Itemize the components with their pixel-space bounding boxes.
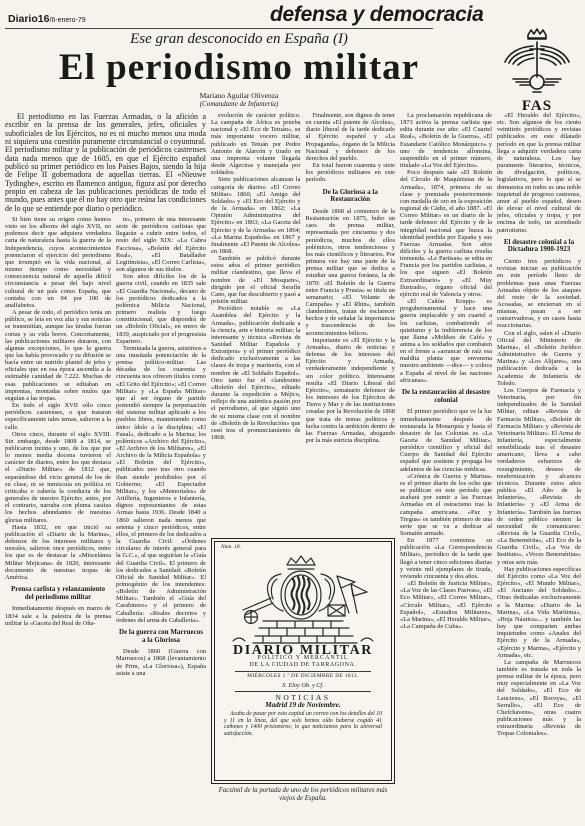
column-paragraph: Terminada la guerra, asistimos a una inu… [116, 345, 206, 624]
section-title: defensa y democracia [270, 3, 483, 27]
column-group-center: evolución de carácter político. La campa… [211, 112, 395, 826]
column-6: «El Heraldo del Ejército», etc. Son algu… [497, 112, 581, 826]
kicker: Ese gran desconocido en España (I) [18, 31, 460, 48]
facsimile-saint-line: S. Eloy Ob. y Cf. [219, 682, 387, 689]
column-paragraph: La campaña de Marruecos también es trata… [497, 659, 581, 738]
column-paragraph: También se publicó durante estos años el… [211, 255, 301, 305]
column-paragraph: Los Cuerpos de Farmacia y Veterinaria, p… [497, 387, 581, 566]
column-paragraph: «El Cañón Krupp» es progubernamental y h… [400, 298, 492, 384]
column-paragraph: Finalmente, son dignos de tener en cuent… [306, 112, 396, 162]
column-paragraph: La proclamación republicana de 1873 acti… [400, 112, 492, 169]
byline: Mariano Aguilar Olivenza (Comandante de … [18, 91, 460, 110]
column-paragraph: Ciento tres periódicos y revistas inicia… [497, 258, 581, 330]
column-paragraph: Desde 1860 (Guerra con Marruecos) a 1868… [116, 648, 206, 677]
column-paragraph: Son años difíciles los de la guerra civi… [116, 273, 206, 345]
column-subheading: El desastre colonial a la Dictadura 1900… [498, 239, 580, 254]
column-paragraph: «El Heraldo del Ejército», etc. Son algu… [497, 112, 581, 234]
column-paragraph: Si bien tiene su origen como hemos visto… [5, 216, 111, 309]
column-paragraph: En total fueron cuarenta y siete los per… [306, 162, 396, 183]
facsimile-issue-number: Núm. 18. [221, 544, 241, 551]
column-paragraph: Con el siglo, salen el «Diario Oficial d… [497, 330, 581, 387]
column-paragraph: «Crónica de Guerra y Marina» es el prime… [400, 473, 492, 537]
column-paragraph: En 1877 comienza su publicación «La Corr… [400, 537, 492, 580]
column-4: Finalmente, son dignos de tener en cuent… [306, 112, 396, 536]
facsimile-city-line: DE LA CIUDAD DE TARRAGONA. [219, 662, 387, 669]
issue-date: /6-enero-79 [49, 17, 85, 24]
column-paragraph: Hay publicaciones específicas del Ejérci… [497, 566, 581, 659]
facsimile-dateline: MIÉRCOLES 1.º DE DICIEMBRE DE 1813. [219, 673, 387, 680]
facsimile-section-header: NOTICIAS [219, 694, 387, 701]
column-paragraph: El primer periódico que ve la luz inmedi… [400, 408, 492, 472]
headline: El periodismo militar [18, 49, 460, 87]
lead-paragraph: El periodismo en las Fuerzas Armadas, o … [5, 113, 206, 213]
column-paragraph: Periódico notable es «La Asamblea del Ej… [211, 305, 301, 441]
column-paragraph: Hasta 1832, en que inició su publicación… [5, 524, 111, 581]
column-paragraph: Inmediatamente después en marzo de 1834 … [5, 605, 111, 626]
author-name: Mariano Aguilar Olivenza [18, 91, 460, 101]
title-block: Ese gran desconocido en España (I) El pe… [18, 31, 460, 110]
column-subheading: De la Gloriosa a la Restauración [307, 189, 395, 204]
column-1: Si bien tiene su origen como hemos visto… [5, 216, 111, 826]
column-paragraph: Siete publicaciones alcanzan la categorí… [211, 176, 301, 255]
column-5: La proclamación republicana de 1873 acti… [400, 112, 492, 826]
column-2: te», primero de una interesante serie de… [116, 216, 206, 826]
armed-forces-eagle-icon [496, 24, 578, 98]
facsimile-rule [235, 691, 371, 692]
column-paragraph: A pesar de todo, el periódico tenía un p… [5, 309, 111, 402]
facsimile-title: DIARIO MILITAR [219, 647, 387, 654]
author-role: (Comandante de Infantería) [18, 100, 460, 109]
column-subheading: De la restauración al desastre colonial [401, 389, 491, 404]
facsimile-news-text: Acaba de pasar por esta capital un corre… [224, 711, 382, 737]
column-paragraph: evolución de carácter político. La campa… [211, 112, 301, 176]
fas-emblem: FAS [494, 24, 580, 115]
masthead: Diario16/6-enero-79 [8, 9, 86, 27]
column-subheading: Prensa carlista y relanzamiento del peri… [6, 586, 110, 601]
column-paragraph: En todo el siglo XVII sólo cinco periódi… [5, 402, 111, 431]
brand-name: Diario16 [8, 13, 49, 25]
facsimile-place-date: Madrid 19 de Noviembre. [219, 702, 387, 709]
facsimile-front-page: Núm. 18. [211, 538, 395, 784]
column-paragraph: Importante es «El Ejército y la Armada»,… [306, 337, 396, 444]
column-paragraph: «El Boletín de Justicia Militar», «La Vo… [400, 580, 492, 630]
column-paragraph: Desde 1868 al comienzo de la Restauració… [306, 208, 396, 337]
tarragona-coat-of-arms-icon [225, 549, 381, 645]
column-paragraph: Otros cinco, durante el siglo XVIII. Sin… [5, 431, 111, 524]
facsimile-caption: Facsímil de la portada de uno de los per… [211, 787, 395, 802]
column-subheading: De la guerra con Marruecos a la Gloriosa [117, 629, 205, 644]
column-group-left: El periodismo en las Fuerzas Armadas, o … [5, 112, 206, 826]
column-3: evolución de carácter político. La campa… [211, 112, 301, 536]
header-rule [5, 28, 433, 29]
column-paragraph: te», primero de una interesante serie de… [116, 216, 206, 273]
column-paragraph: Poco después sale «El Boletín del Círcul… [400, 169, 492, 298]
article-body: El periodismo en las Fuerzas Armadas, o … [5, 112, 581, 826]
